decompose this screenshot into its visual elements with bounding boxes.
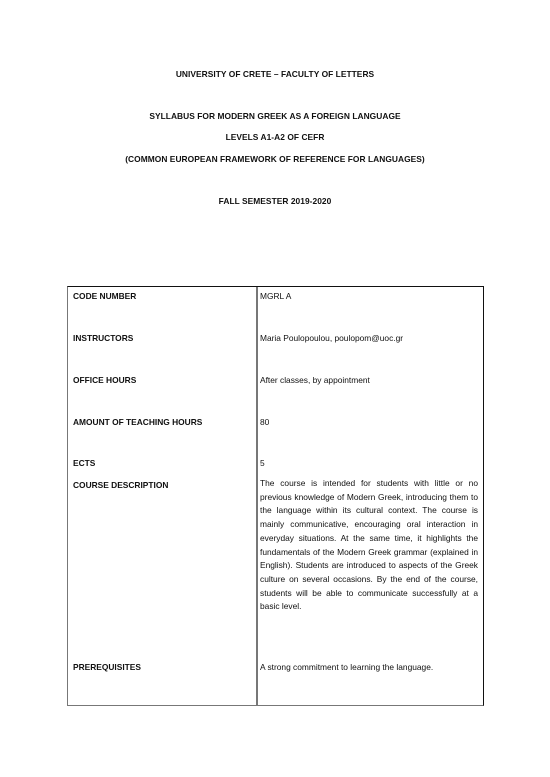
- semester-heading: FALL SEMESTER 2019-2020: [0, 196, 550, 206]
- row-label-prerequisites: PREREQUISITES: [73, 662, 141, 672]
- cefr-heading: (COMMON EUROPEAN FRAMEWORK OF REFERENCE …: [0, 154, 550, 164]
- row-value-ects: 5: [260, 458, 265, 468]
- levels-heading: LEVELS A1-A2 OF CEFR: [0, 132, 550, 142]
- column-divider: [256, 287, 258, 705]
- row-value-course-description: The course is intended for students with…: [260, 477, 478, 614]
- row-value-office-hours: After classes, by appointment: [260, 375, 370, 385]
- row-label-instructors: INSTRUCTORS: [73, 333, 133, 343]
- row-value-teaching-hours: 80: [260, 417, 269, 427]
- row-label-office-hours: OFFICE HOURS: [73, 375, 136, 385]
- row-label-course-description: COURSE DESCRIPTION: [73, 480, 168, 490]
- row-value-prerequisites: A strong commitment to learning the lang…: [260, 662, 433, 672]
- row-value-instructors: Maria Poulopoulou, poulopom@uoc.gr: [260, 333, 403, 343]
- course-info-table: CODE NUMBER MGRL A INSTRUCTORS Maria Pou…: [67, 286, 484, 706]
- university-heading: UNIVERSITY OF CRETE – FACULTY OF LETTERS: [0, 69, 550, 79]
- syllabus-title: SYLLABUS FOR MODERN GREEK AS A FOREIGN L…: [0, 111, 550, 121]
- row-label-teaching-hours: AMOUNT OF TEACHING HOURS: [73, 417, 202, 427]
- row-value-code-number: MGRL A: [260, 291, 291, 301]
- row-label-ects: ECTS: [73, 458, 95, 468]
- row-label-code-number: CODE NUMBER: [73, 291, 136, 301]
